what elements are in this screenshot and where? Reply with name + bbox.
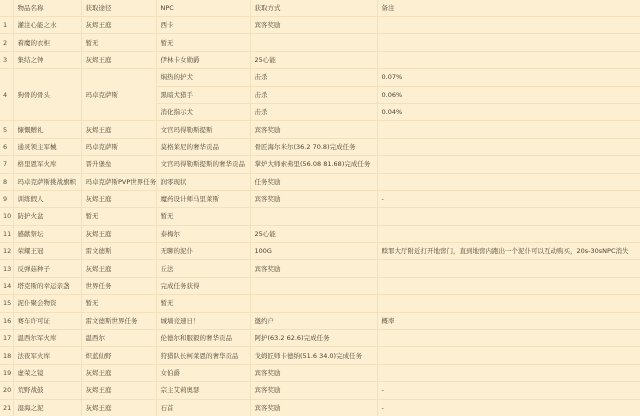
row-index: 14 [0, 277, 13, 294]
col-header-route: 获取途径 [81, 0, 156, 17]
item-name: 法夜军火库 [13, 347, 81, 364]
item-route: 炽蓝仙野 [81, 347, 156, 364]
item-note: 0.04% [377, 103, 640, 120]
item-method [250, 295, 377, 312]
item-name: 着魔的衣柜 [13, 34, 81, 51]
item-npc: 伦德尔和服毅的奢华贡品 [156, 330, 250, 347]
item-name: 反弹菇种子 [13, 260, 81, 277]
col-header-method: 获取方式 [250, 0, 377, 17]
item-route: 雷文德斯世界任务 [81, 312, 156, 329]
item-name: 塔克斯的幸运亲盏 [13, 277, 81, 294]
items-table: 物品名称 获取途径 NPC 获取方式 备注 1 灌注心能之水 灰烬王庭 西卡 宾… [0, 0, 640, 416]
row-index: 6 [0, 138, 13, 155]
row-index: 4 [0, 69, 13, 121]
col-header-index [0, 0, 13, 17]
item-note: - [377, 190, 640, 207]
item-note: 0.06% [377, 86, 640, 103]
item-method: 击杀 [250, 69, 377, 86]
item-name: 慷慨赠礼 [13, 121, 81, 138]
item-route: 灰烬王庭 [81, 382, 156, 399]
item-route: 世界任务 [81, 277, 156, 294]
item-name: 通灵领主军械 [13, 138, 81, 155]
item-route: 暂无 [81, 295, 156, 312]
item-route: 灰烬王庭 [81, 225, 156, 242]
item-note: 0.07% [377, 69, 640, 86]
row-index: 21 [0, 399, 13, 416]
item-method [250, 277, 377, 294]
table-row: 21 湿海之泥 灰烬王庭 石首 宾客奖励 - [0, 399, 640, 416]
table-row: 9 训练假人 灰烬王庭 魔药设计师马里莱斯 宾客奖励 - [0, 190, 640, 207]
item-npc: 石首 [156, 399, 250, 416]
item-npc: 暂无 [156, 295, 250, 312]
item-name: 灌注心能之水 [13, 17, 81, 34]
item-method: 掌炉大师索弗里(56.08 81.68)完成任务 [250, 156, 377, 173]
item-route: 灰烬王庭 [81, 190, 156, 207]
item-npc: 丘法 [156, 260, 250, 277]
item-note [377, 260, 640, 277]
item-name: 狗骨的骨头 [13, 69, 81, 121]
table-row: 6 通灵领主军械 玛卓克萨斯 莫格莱尼的奢华贡品 骨匠海尔米尔(36.2 70.… [0, 138, 640, 155]
item-method: 任务奖励 [250, 173, 377, 190]
item-npc: 文官玛得勒斯提斯 [156, 121, 250, 138]
item-route: 暂无 [81, 34, 156, 51]
item-method: 宾客奖励 [250, 399, 377, 416]
item-name: 荒野战鼓 [13, 382, 81, 399]
table-row: 17 温西尔军火库 温西尔 伦德尔和服毅的奢华贡品 阿护(63.2 62.6)完… [0, 330, 640, 347]
item-route: 灰烬王庭 [81, 17, 156, 34]
item-note [377, 295, 640, 312]
item-method: 宾客奖励 [250, 382, 377, 399]
item-route: 雷文德斯 [81, 243, 156, 260]
table-row: 20 荒野战鼓 灰烬王庭 宗主艾莉奥瑟 宾客奖励 - [0, 382, 640, 399]
item-route: 灰烬王庭 [81, 399, 156, 416]
table-row: 13 反弹菇种子 灰烬王庭 丘法 宾客奖励 [0, 260, 640, 277]
col-header-note: 备注 [377, 0, 640, 17]
row-index: 12 [0, 243, 13, 260]
row-index: 1 [0, 17, 13, 34]
row-index: 9 [0, 190, 13, 207]
table-row: 1 灌注心能之水 灰烬王庭 西卡 宾客奖励 [0, 17, 640, 34]
table-row: 14 塔克斯的幸运亲盏 世界任务 完成任务获得 [0, 277, 640, 294]
item-method: 宾客奖励 [250, 190, 377, 207]
item-note: - [377, 399, 640, 416]
item-note [377, 208, 640, 225]
item-npc: 润零现状 [156, 173, 250, 190]
item-note [377, 364, 640, 381]
item-method: 宾客奖励 [250, 17, 377, 34]
row-index: 7 [0, 156, 13, 173]
item-note [377, 17, 640, 34]
item-npc: 文官玛得勒斯提斯的奢华贡品 [156, 156, 250, 173]
item-note: 赎罪大厅附近打开地窖门，直到地窖内跑出一个泥仆可以互动购买，20s-30sNPC… [377, 243, 640, 260]
item-npc: 消化指示犬 [156, 103, 250, 120]
item-name: 泥仆聚会物资 [13, 295, 81, 312]
item-npc: 泰梅尔 [156, 225, 250, 242]
row-index: 15 [0, 295, 13, 312]
item-name: 防护火盆 [13, 208, 81, 225]
row-index: 10 [0, 208, 13, 225]
item-name: 感献祭坛 [13, 225, 81, 242]
item-note [377, 138, 640, 155]
item-note [377, 277, 640, 294]
item-method: 宾客奖励 [250, 121, 377, 138]
item-note [377, 34, 640, 51]
item-name: 虚荣之镜 [13, 364, 81, 381]
item-name: 玛卓克萨斯挑战旗帜 [13, 173, 81, 190]
table-row: 5 慷慨赠礼 灰烬王庭 文官玛得勒斯提斯 宾客奖励 [0, 121, 640, 138]
table-row: 4 狗骨的骨头 玛卓克萨斯 焖热的护犬 击杀 0.07% [0, 69, 640, 86]
item-method: 骨匠海尔米尔(36.2 70.8)完成任务 [250, 138, 377, 155]
item-npc: 魔药设计师马里莱斯 [156, 190, 250, 207]
item-npc: 暂无 [156, 208, 250, 225]
item-route: 暂无 [81, 208, 156, 225]
item-npc: 女伯爵 [156, 364, 250, 381]
item-note [377, 225, 640, 242]
col-header-item-name: 物品名称 [13, 0, 81, 17]
item-note [377, 173, 640, 190]
table-row: 15 泥仆聚会物资 暂无 暂无 [0, 295, 640, 312]
item-method: 阿护(63.2 62.6)完成任务 [250, 330, 377, 347]
item-npc: 狩猎队长柯莱恩的奢华贡品 [156, 347, 250, 364]
item-npc: 黑暗犬猎手 [156, 86, 250, 103]
item-npc: 无聊的泥仆 [156, 243, 250, 260]
row-index: 3 [0, 51, 13, 68]
item-route: 灰烬王庭 [81, 364, 156, 381]
item-npc: 暂无 [156, 34, 250, 51]
item-method: 100G [250, 243, 377, 260]
item-note [377, 347, 640, 364]
item-method: 击杀 [250, 103, 377, 120]
row-index: 16 [0, 312, 13, 329]
table-row: 8 玛卓克萨斯挑战旗帜 玛卓克萨斯PVP世界任务 润零现状 任务奖励 [0, 173, 640, 190]
table-row: 12 荣耀王冠 雷文德斯 无聊的泥仆 100G 赎罪大厅附近打开地窖门，直到地窖… [0, 243, 640, 260]
item-npc: 伊林卡女勋爵 [156, 51, 250, 68]
item-note: 概率 [377, 312, 640, 329]
item-method: 宾客奖励 [250, 364, 377, 381]
item-method: 邀约户 [250, 312, 377, 329]
table-row: 7 格里恩军火库 晋升堡垒 文官玛得勒斯提斯的奢华贡品 掌炉大师索弗里(56.0… [0, 156, 640, 173]
item-note [377, 51, 640, 68]
item-route: 温西尔 [81, 330, 156, 347]
item-method: 25心能 [250, 51, 377, 68]
row-index: 19 [0, 364, 13, 381]
item-method: 25心能 [250, 225, 377, 242]
item-route: 灰烬王庭 [81, 121, 156, 138]
table-row: 2 着魔的衣柜 暂无 暂无 [0, 34, 640, 51]
item-npc: 完成任务获得 [156, 277, 250, 294]
table-row: 19 虚荣之镜 灰烬王庭 女伯爵 宾客奖励 [0, 364, 640, 381]
table-row: 18 法夜军火库 炽蓝仙野 狩猎队长柯莱恩的奢华贡品 戈姆匠师卡德纳(51.6 … [0, 347, 640, 364]
row-index: 17 [0, 330, 13, 347]
item-npc: 城墙竞速日！ [156, 312, 250, 329]
item-note [377, 330, 640, 347]
row-index: 8 [0, 173, 13, 190]
item-name: 温西尔军火库 [13, 330, 81, 347]
item-npc: 宗主艾莉奥瑟 [156, 382, 250, 399]
col-header-npc: NPC [156, 0, 250, 17]
item-name: 赛车许可证 [13, 312, 81, 329]
row-index: 13 [0, 260, 13, 277]
item-method: 宾客奖励 [250, 260, 377, 277]
row-index: 11 [0, 225, 13, 242]
item-method: 戈姆匠师卡德纳(51.6 34.0)完成任务 [250, 347, 377, 364]
item-npc: 西卡 [156, 17, 250, 34]
item-name: 集结之钟 [13, 51, 81, 68]
item-route: 玛卓克萨斯PVP世界任务 [81, 173, 156, 190]
table-row: 16 赛车许可证 雷文德斯世界任务 城墙竞速日！ 邀约户 概率 [0, 312, 640, 329]
item-route: 玛卓克萨斯 [81, 138, 156, 155]
item-npc: 焖热的护犬 [156, 69, 250, 86]
item-route: 灰烬王庭 [81, 51, 156, 68]
item-note: - [377, 382, 640, 399]
item-route: 玛卓克萨斯 [81, 69, 156, 121]
row-index: 2 [0, 34, 13, 51]
row-index: 18 [0, 347, 13, 364]
item-npc: 莫格莱尼的奢华贡品 [156, 138, 250, 155]
item-note [377, 156, 640, 173]
item-name: 格里恩军火库 [13, 156, 81, 173]
item-note [377, 121, 640, 138]
item-route: 晋升堡垒 [81, 156, 156, 173]
table-row: 10 防护火盆 暂无 暂无 [0, 208, 640, 225]
table-row: 3 集结之钟 灰烬王庭 伊林卡女勋爵 25心能 [0, 51, 640, 68]
item-name: 湿海之泥 [13, 399, 81, 416]
item-name: 训练假人 [13, 190, 81, 207]
item-route: 灰烬王庭 [81, 260, 156, 277]
row-index: 5 [0, 121, 13, 138]
row-index: 20 [0, 382, 13, 399]
item-method: 击杀 [250, 86, 377, 103]
table-row: 11 感献祭坛 灰烬王庭 泰梅尔 25心能 [0, 225, 640, 242]
item-name: 荣耀王冠 [13, 243, 81, 260]
item-method [250, 34, 377, 51]
item-method [250, 208, 377, 225]
header-row: 物品名称 获取途径 NPC 获取方式 备注 [0, 0, 640, 17]
